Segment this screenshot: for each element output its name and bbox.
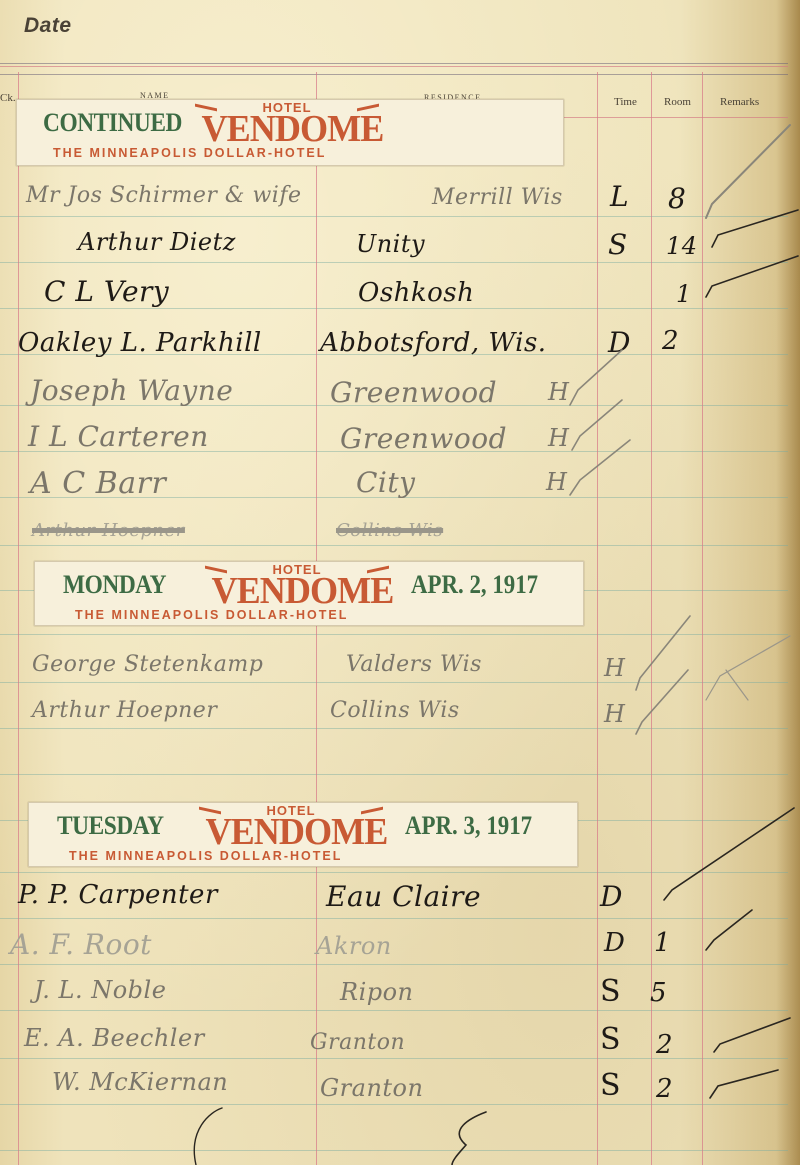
ditto-mark-icon <box>194 1108 222 1165</box>
register-page: Date Ck. NAME RESIDENCE Time Room Remark… <box>0 0 800 1165</box>
check-mark-icon <box>664 808 794 900</box>
check-mark-icon <box>706 125 790 218</box>
check-mark-icon <box>570 440 630 495</box>
check-mark-icon <box>714 1018 790 1052</box>
check-mark-icon <box>570 350 622 405</box>
check-mark-icon <box>706 256 798 297</box>
check-marks-layer <box>0 0 800 1165</box>
check-mark-icon <box>636 616 690 690</box>
check-mark-icon <box>636 670 688 734</box>
x-mark-icon <box>706 636 790 700</box>
ditto-mark-icon <box>452 1112 486 1165</box>
check-mark-icon <box>710 1070 778 1098</box>
check-mark-icon <box>706 910 752 950</box>
check-mark-icon <box>712 210 798 247</box>
check-mark-icon <box>572 400 622 450</box>
